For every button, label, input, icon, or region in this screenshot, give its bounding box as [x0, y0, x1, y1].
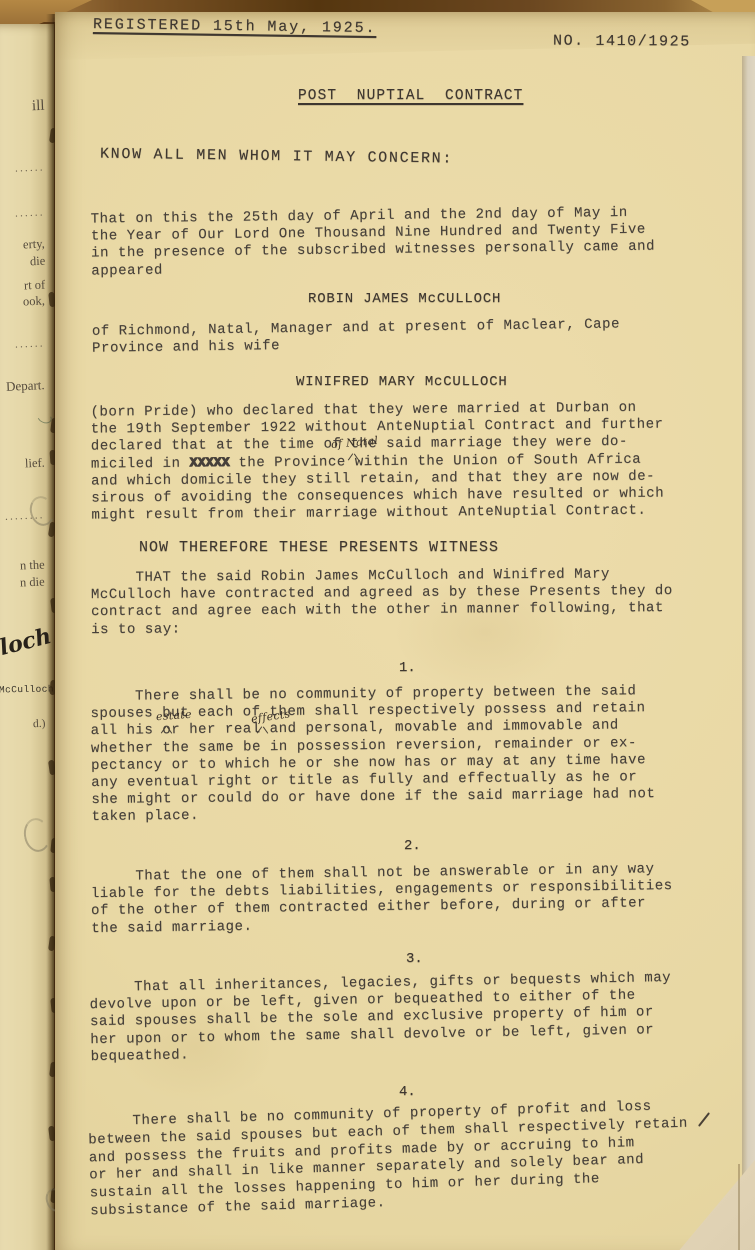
dotted-leader: ......	[15, 337, 45, 350]
document-title: POST NUPTIAL CONTRACT	[298, 88, 523, 104]
paragraph-husband-description: of Richmond, Natal, Manager and at prese…	[92, 316, 621, 358]
adjacent-page-text-fragment: n the	[20, 557, 45, 573]
adjacent-page-text-fragment: lief.	[25, 456, 45, 472]
clause-2-paragraph: That the one of them shall not be answer…	[91, 861, 674, 938]
paragraph-appearance: That on this the 25th day of April and t…	[91, 205, 656, 281]
witness-heading: NOW THEREFORE THESE PRESENTS WITNESS	[139, 539, 499, 556]
line-segment: miciled in	[91, 455, 190, 472]
underlying-page-right-edge	[742, 56, 755, 1250]
dotted-leader: ......	[15, 161, 45, 174]
party-name-husband: ROBIN JAMES McCULLOCH	[308, 291, 501, 307]
contract-page: REGISTERED 15th May, 1925. NO. 1410/1925…	[55, 12, 755, 1250]
clause-number-3: 3.	[406, 951, 423, 967]
line-segment: the Province within the Union of South A…	[229, 451, 641, 471]
clause-1-paragraph: There shall be no community of property …	[90, 683, 655, 827]
clause-number-4: 4.	[399, 1084, 416, 1100]
adjacent-page-text-fragment: ill	[32, 98, 45, 116]
adjacent-page-text-fragment: Depart.	[6, 377, 45, 395]
adjacent-page-text-fragment: ook,	[23, 294, 46, 310]
party-name-wife: WINIFRED MARY McCULLOCH	[296, 374, 508, 390]
caret-mark	[162, 726, 171, 733]
clause-number-2: 2.	[404, 838, 421, 854]
typed-strikeout: XXXXX	[189, 455, 229, 471]
adjacent-page-text-fragment: erty,	[23, 237, 45, 253]
page-fold-line	[738, 1164, 740, 1250]
scanned-contract-photo: ill ...... ...... erty, die rt of ook, .…	[0, 0, 755, 1250]
clause-number-1: 1.	[399, 660, 416, 676]
adjacent-page-text-fragment: rt of	[23, 278, 45, 294]
salutation-line: KNOW ALL MEN WHOM IT MAY CONCERN:	[100, 146, 453, 168]
typed-line: is to say:	[91, 618, 673, 639]
paragraph-therefore: THAT the said Robin James McCulloch and …	[91, 566, 673, 639]
caret-mark	[258, 726, 267, 733]
document-number: NO. 1410/1925	[553, 33, 691, 51]
adjacent-page-text-fragment: die	[29, 254, 45, 270]
clause-4-paragraph: There shall be no community of property …	[88, 1098, 690, 1221]
clause-3-paragraph: That all inheritances, legacies, gifts o…	[89, 970, 672, 1066]
adjacent-page-text-fragment: d.)	[32, 718, 45, 731]
caret-mark	[349, 453, 358, 460]
adjacent-page-text-fragment: n die	[20, 574, 45, 590]
pen-tick-mark	[698, 1112, 710, 1127]
paragraph-declaration: (born Pride) who declared that they were…	[90, 400, 664, 525]
handwritten-insertion-estate: estate	[156, 708, 193, 723]
typed-line: might result from their marriage without…	[91, 503, 664, 525]
dotted-leader: ......	[15, 206, 45, 219]
